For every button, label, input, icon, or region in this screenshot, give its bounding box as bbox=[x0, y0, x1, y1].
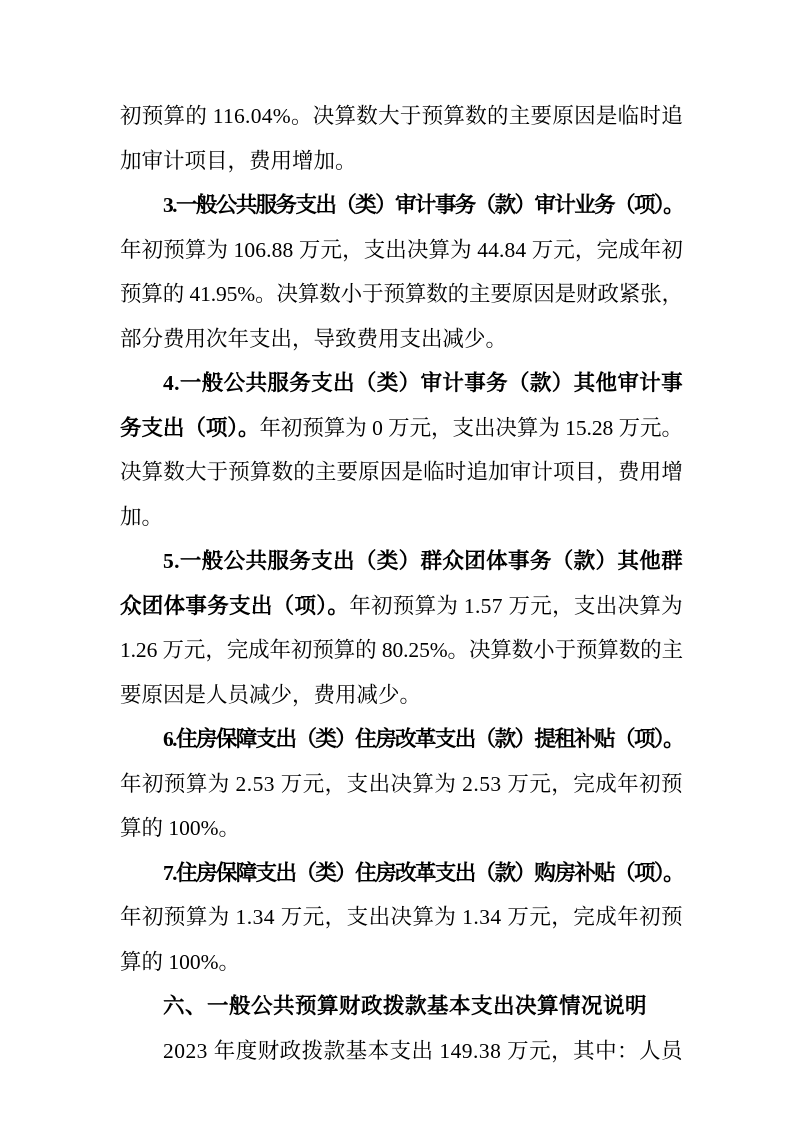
text-run: 决算数大于预算数的主要原因是临时追加审计项目，费用增 bbox=[120, 460, 683, 484]
heading-run: 4.一般公共服务支出（类）审计事务（款）其他审计事 bbox=[163, 371, 683, 395]
text-run: 年初预算为 1.57 万元，支出决算为 bbox=[349, 594, 683, 618]
item3-heading-line: 3.一般公共服务支出（类）审计事务（款）审计业务（项）。 bbox=[120, 183, 683, 228]
item3-body-line3: 部分费用次年支出，导致费用支出减少。 bbox=[120, 317, 683, 362]
text-run: 算的 100%。 bbox=[120, 950, 240, 974]
document-body: 初预算的 116.04%。决算数大于预算数的主要原因是临时追加审计项目，费用增加… bbox=[120, 94, 683, 1073]
heading-run: 7.住房保障支出（类）住房改革支出（款）购房补贴（项）。 bbox=[163, 861, 683, 885]
section6-body-line1: 2023 年度财政拨款基本支出 149.38 万元，其中：人员 bbox=[120, 1029, 683, 1074]
item6-body-line2: 算的 100%。 bbox=[120, 806, 683, 851]
text-run: 初预算的 116.04%。决算数大于预算数的主要原因是临时追 bbox=[120, 104, 683, 128]
text-run: 年初预算为 2.53 万元，支出决算为 2.53 万元，完成年初预 bbox=[120, 772, 683, 796]
text-run: 年初预算为 106.88 万元，支出决算为 44.84 万元，完成年初 bbox=[120, 238, 683, 262]
text-run: 年初预算为 1.34 万元，支出决算为 1.34 万元，完成年初预 bbox=[120, 905, 683, 929]
section6-heading: 六、一般公共预算财政拨款基本支出决算情况说明 bbox=[120, 984, 683, 1029]
item6-body-line1: 年初预算为 2.53 万元，支出决算为 2.53 万元，完成年初预 bbox=[120, 762, 683, 807]
item5-body-line2: 要原因是人员减少，费用减少。 bbox=[120, 673, 683, 718]
item4-body-line1: 决算数大于预算数的主要原因是临时追加审计项目，费用增 bbox=[120, 450, 683, 495]
item5-mixed-line: 众团体事务支出（项）。年初预算为 1.57 万元，支出决算为 bbox=[120, 584, 683, 629]
section-heading-run: 六、一般公共预算财政拨款基本支出决算情况说明 bbox=[163, 994, 647, 1018]
item7-heading-line: 7.住房保障支出（类）住房改革支出（款）购房补贴（项）。 bbox=[120, 851, 683, 896]
item4-body-line2: 加。 bbox=[120, 495, 683, 540]
document-page: 初预算的 116.04%。决算数大于预算数的主要原因是临时追加审计项目，费用增加… bbox=[0, 0, 793, 1122]
item7-body-line2: 算的 100%。 bbox=[120, 940, 683, 985]
text-run: 加审计项目，费用增加。 bbox=[120, 149, 357, 173]
para2-cont-line1: 初预算的 116.04%。决算数大于预算数的主要原因是临时追 bbox=[120, 94, 683, 139]
item6-heading-line: 6.住房保障支出（类）住房改革支出（款）提租补贴（项）。 bbox=[120, 717, 683, 762]
item5-heading-line1: 5.一般公共服务支出（类）群众团体事务（款）其他群 bbox=[120, 539, 683, 584]
heading-run: 6.住房保障支出（类）住房改革支出（款）提租补贴（项）。 bbox=[163, 727, 683, 751]
text-run: 算的 100%。 bbox=[120, 816, 240, 840]
text-run: 年初预算为 0 万元，支出决算为 15.28 万元。 bbox=[259, 416, 683, 440]
item3-body-line2: 预算的 41.95%。决算数小于预算数的主要原因是财政紧张， bbox=[120, 272, 683, 317]
item7-body-line1: 年初预算为 1.34 万元，支出决算为 1.34 万元，完成年初预 bbox=[120, 895, 683, 940]
para2-cont-line2: 加审计项目，费用增加。 bbox=[120, 139, 683, 184]
heading-run: 众团体事务支出（项）。 bbox=[120, 594, 349, 618]
item4-mixed-line: 务支出（项）。年初预算为 0 万元，支出决算为 15.28 万元。 bbox=[120, 406, 683, 451]
text-run: 2023 年度财政拨款基本支出 149.38 万元，其中：人员 bbox=[163, 1039, 683, 1063]
item4-heading-line1: 4.一般公共服务支出（类）审计事务（款）其他审计事 bbox=[120, 361, 683, 406]
heading-run: 务支出（项）。 bbox=[120, 416, 259, 440]
text-run: 部分费用次年支出，导致费用支出减少。 bbox=[120, 327, 507, 351]
item3-body-line1: 年初预算为 106.88 万元，支出决算为 44.84 万元，完成年初 bbox=[120, 228, 683, 273]
heading-run: 5.一般公共服务支出（类）群众团体事务（款）其他群 bbox=[163, 549, 683, 573]
heading-run: 3.一般公共服务支出（类）审计事务（款）审计业务（项）。 bbox=[163, 193, 683, 217]
text-run: 加。 bbox=[120, 505, 163, 529]
item5-body-line1: 1.26 万元，完成年初预算的 80.25%。决算数小于预算数的主 bbox=[120, 628, 683, 673]
text-run: 要原因是人员减少，费用减少。 bbox=[120, 683, 421, 707]
text-run: 预算的 41.95%。决算数小于预算数的主要原因是财政紧张， bbox=[120, 282, 683, 306]
text-run: 1.26 万元，完成年初预算的 80.25%。决算数小于预算数的主 bbox=[120, 638, 683, 662]
